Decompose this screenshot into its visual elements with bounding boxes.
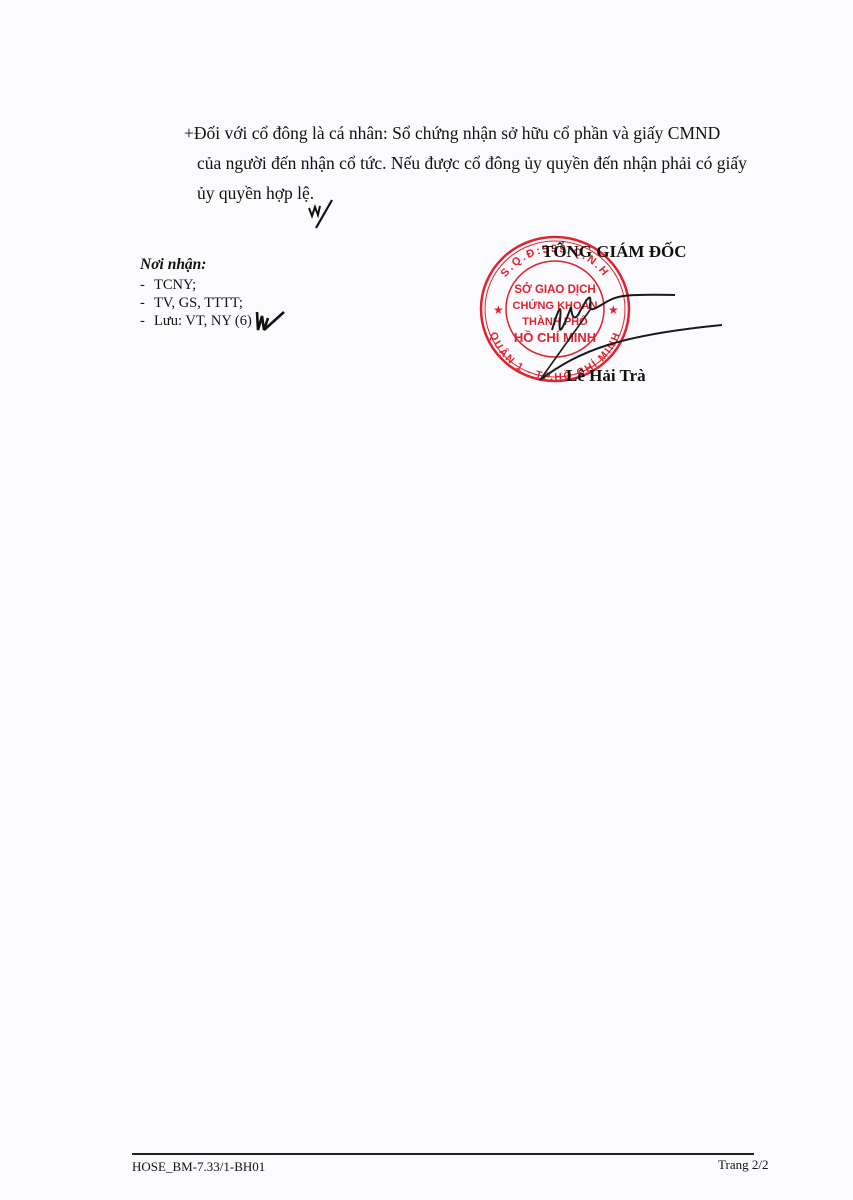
recipient-text: TV, GS, TTTT; — [154, 295, 243, 311]
list-item: -TV, GS, TTTT; — [140, 294, 252, 312]
paragraph-line: ủy quyền hợp lệ. — [197, 178, 784, 208]
recipient-text: Lưu: VT, NY (6) — [154, 313, 252, 329]
page-number: Trang 2/2 — [718, 1157, 768, 1173]
footer-divider — [132, 1153, 754, 1155]
bullet-dash: - — [140, 294, 154, 312]
paragraph-line: của người đến nhận cổ tức. Nếu được cổ đ… — [197, 148, 784, 178]
bullet-dash: - — [140, 312, 154, 330]
body-paragraph: +Đối với cổ đông là cá nhân: Sổ chứng nh… — [184, 118, 784, 208]
recipient-text: TCNY; — [154, 277, 196, 293]
signer-position-title: TỔNG GIÁM ĐỐC — [542, 242, 687, 262]
list-item: -TCNY; — [140, 276, 252, 294]
handwritten-initials-icon — [254, 310, 286, 332]
signer-name: Lê Hải Trà — [566, 366, 646, 386]
recipients-title: Nơi nhận: — [140, 256, 252, 274]
paragraph-line: +Đối với cổ đông là cá nhân: Sổ chứng nh… — [184, 118, 784, 148]
recipients-list: -TCNY; -TV, GS, TTTT; -Lưu: VT, NY (6) — [140, 276, 252, 330]
paragraph-line-text: ủy quyền hợp lệ. — [197, 183, 314, 203]
list-item: -Lưu: VT, NY (6) — [140, 312, 252, 330]
handwritten-initials-icon — [306, 196, 336, 230]
recipients-block: Nơi nhận: -TCNY; -TV, GS, TTTT; -Lưu: VT… — [140, 256, 252, 330]
bullet-dash: - — [140, 276, 154, 294]
form-code: HOSE_BM-7.33/1-BH01 — [132, 1159, 265, 1175]
